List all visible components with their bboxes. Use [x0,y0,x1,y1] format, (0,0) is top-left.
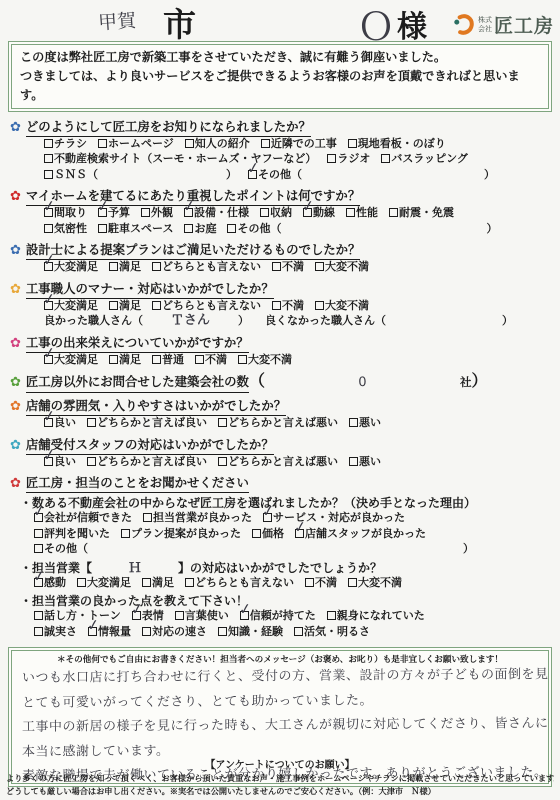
checkbox-option[interactable]: その他（） [34,542,474,558]
options-row: ✓感動大変満足満足どちらとも言えない不満大変不満 [34,576,554,592]
checkbox-unchecked[interactable] [261,139,270,148]
checkbox-checked[interactable]: ✓ [132,611,141,620]
option-label: 耐震・免震 [399,206,454,222]
checkbox-option[interactable]: ✓設備・仕様 [184,206,249,222]
option-label: プラン提案が良かった [131,527,241,543]
checkbox-option[interactable]: ✓信頼が持てた [240,609,316,625]
option-label: 誠実さ [44,625,77,641]
checkbox-unchecked[interactable] [389,208,398,217]
checkbox-option[interactable]: ✓大変満足 [44,353,98,369]
checkbox-unchecked[interactable] [260,208,269,217]
checkbox-option[interactable]: 担当営業が良かった [143,511,252,527]
company-logo: 株式会社 匠工房 [452,11,554,38]
write-in-sales-rep-name[interactable]: Ｈ [95,561,175,575]
checkbox-checked[interactable]: ✓ [44,355,53,364]
footer-line-2: どうしても厳しい場合はお申し出ください。※実名では公開いたしませんのでご安心くだ… [6,786,554,798]
checkbox-option[interactable]: 対応の速さ [142,625,207,641]
flower-icon: ✿ [10,188,21,204]
handwritten-city: 甲賀 [97,6,137,36]
paren: ） [486,222,497,238]
checkbox-unchecked[interactable] [238,355,247,364]
checkbox-unchecked[interactable] [175,611,184,620]
paren: ） [226,168,237,184]
checkbox-option[interactable]: 不満 [305,576,337,592]
option-label: どちらかと言えば良い [97,416,207,432]
option-label: 悪い [359,455,381,471]
checkbox-unchecked[interactable] [44,224,53,233]
checkbox-unchecked[interactable] [121,529,130,538]
option-label: 設備・仕様 [194,206,249,222]
option-label: 親身になれていた [337,609,425,625]
check-mark: ✓ [42,198,57,215]
option-label: 不満 [205,353,227,369]
checkbox-option[interactable]: 話し方・トーン [34,609,121,625]
option-label: 悪い [359,416,381,432]
option-label: 話し方・トーン [44,609,121,625]
checkbox-unchecked[interactable] [34,611,43,620]
option-label: 店舗スタッフが良かった [305,527,426,543]
checkbox-option[interactable]: ✓予算 [98,206,130,222]
write-in-blank[interactable] [386,323,502,325]
flower-icon: ✿ [10,119,21,135]
option-label: 満足 [119,260,141,276]
checkbox-option[interactable]: 悪い [349,455,381,471]
options-row: ＳＮＳ（）✓その他（） [44,168,554,184]
question-priorities: ✿ マイホームを建てるにあたり重視したポイントは何ですか？ ✓間取り✓予算外観✓… [8,188,554,237]
check-mark: ✓ [42,252,57,269]
option-label: 大変満足 [54,260,98,276]
checkbox-option[interactable]: 大変不満 [315,299,369,315]
checkbox-checked[interactable]: ✓ [263,513,272,522]
checkbox-checked[interactable]: ✓ [184,208,193,217]
checkbox-option[interactable]: 親身になれていた [327,609,425,625]
checkbox-unchecked[interactable] [381,154,390,163]
checkbox-option[interactable]: 大変不満 [238,353,292,369]
option-label: 大変満足 [54,299,98,315]
question-reception-staff: ✿ 店舗受付スタッフの対応はいかがでしたか？ ✓良いどちらかと言えば良いどちらか… [8,437,554,471]
check-mark: ✓ [238,601,253,618]
checkbox-unchecked[interactable] [184,224,193,233]
checkbox-option[interactable]: ✓サービス・対応が良かった [263,511,405,527]
checkbox-option[interactable]: ✓表情 [132,609,164,625]
option-label: その他 [237,222,270,238]
options-row: その他（） [34,542,554,558]
option-label: 大変不満 [325,260,369,276]
checkbox-unchecked[interactable] [346,208,355,217]
checkbox-unchecked[interactable] [109,262,118,271]
checkbox-option[interactable]: 悪い [349,416,381,432]
option-label: その他 [44,542,77,558]
check-mark: ✓ [32,568,47,585]
options-row: 不動産検索サイト（スーモ・ホームズ・ヤフーなど）ラジオバスラッピング [44,152,554,168]
checkbox-unchecked[interactable] [305,578,314,587]
flower-icon: ✿ [10,281,21,297]
checkbox-option[interactable]: ✓大変満足 [44,260,98,276]
checkbox-unchecked[interactable] [315,262,324,271]
checkbox-unchecked[interactable] [315,301,324,310]
sub-question-why-chosen: ・数ある不動産会社の中からなぜ匠工房を選ばれましたか？（決め手となった理由） ✓… [8,495,554,558]
options-row: チラシホームページ知人の紹介近隣での工事現地看板・のぼり [44,137,554,153]
option-label: 間取り [54,206,87,222]
options-row: ✓大変満足満足どちらとも言えない不満大変不満 [44,260,554,276]
checkbox-option[interactable]: 大変不満 [348,576,402,592]
checkbox-option[interactable]: どちらとも言えない [152,260,261,276]
checkbox-option[interactable]: 不満 [272,260,304,276]
paren: ） [238,314,249,330]
question-title: 工事の出来栄えについていかがですか？ [26,335,249,353]
check-mark: ✓ [42,408,57,425]
checkbox-unchecked[interactable] [109,355,118,364]
checkbox-option[interactable]: どちらかと言えば良い [87,416,207,432]
question-about-company: ✿ 匠工房・担当のことをお聞かせください ・数ある不動産会社の中からなぜ匠工房を… [8,475,554,640]
checkbox-checked[interactable]: ✓ [98,208,107,217]
checkbox-unchecked[interactable] [327,611,336,620]
option-label: 知識・経験 [228,625,283,641]
checkbox-option[interactable]: ✓良い [44,455,76,471]
checkbox-unchecked[interactable] [77,578,86,587]
checkbox-unchecked[interactable] [109,301,118,310]
question-title: 匠工房以外にお問合せした建築会社の数 [26,373,249,393]
write-in-blank[interactable] [88,549,463,556]
question-title: 工事職人のマナー・対応はいかがでしたか？ [26,281,274,299]
option-label: 大変不満 [248,353,292,369]
checkbox-unchecked[interactable] [152,355,161,364]
footer-title: 【アンケートについてのお願い】 [6,759,554,773]
sub-question-title-post: 】の対応はいかがでしたでしょうか？ [178,561,382,575]
question-title: 店舗の雰囲気・入りやすさはいかがでしたか？ [26,398,286,416]
checkbox-option[interactable]: ホームページ [98,137,174,153]
checkbox-option[interactable]: バスラッピング [381,152,468,168]
checkbox-unchecked[interactable] [252,529,261,538]
checkbox-unchecked[interactable] [34,529,43,538]
checkbox-option[interactable]: ✓感動 [34,576,66,592]
checkbox-unchecked[interactable] [34,544,43,553]
checkbox-option[interactable]: 外観 [141,206,173,222]
checkbox-checked[interactable]: ✓ [240,611,249,620]
checkbox-checked[interactable]: ✓ [34,578,43,587]
checkbox-unchecked[interactable] [272,301,281,310]
city-suffix: 市 [163,0,196,46]
flower-icon: ✿ [10,335,21,351]
checkbox-option[interactable]: ✓その他（） [248,168,495,184]
checkbox-checked[interactable]: ✓ [44,418,53,427]
option-label: 担当営業が良かった [153,511,252,527]
checkbox-unchecked[interactable] [218,418,227,427]
checkbox-option[interactable]: 大変不満 [315,260,369,276]
checkbox-unchecked[interactable] [98,224,107,233]
checkbox-unchecked[interactable] [152,301,161,310]
option-label: 信頼が持てた [250,609,316,625]
checkbox-unchecked[interactable] [195,355,204,364]
options-row: 気密性駐車スペースお庭その他（） [44,222,554,238]
write-in-blank[interactable] [281,230,486,234]
checkbox-checked[interactable]: ✓ [44,457,53,466]
question-craftsman-manner: ✿ 工事職人のマナー・対応はいかがでしたか？ ✓大変満足満足どちらとも言えない不… [8,281,554,330]
question-other-companies: ✿ 匠工房以外にお問合せした建築会社の数 （ 0 社 ） [8,373,554,393]
checkbox-unchecked[interactable] [294,627,303,636]
check-mark: ✓ [293,519,308,536]
checkbox-option[interactable]: 満足 [142,576,174,592]
paren: ） [463,542,474,558]
checkbox-checked[interactable]: ✓ [34,513,43,522]
options-row: ✓良いどちらかと言えば良いどちらかと言えば悪い悪い [44,455,554,471]
checkbox-unchecked[interactable] [218,627,227,636]
checkbox-option[interactable]: 満足 [109,260,141,276]
checkbox-unchecked[interactable] [185,578,194,587]
write-in-blank[interactable]: Ｔさん [143,313,238,328]
write-in-field: 良くなかった職人さん（） [265,314,513,330]
option-label: バスラッピング [391,152,468,168]
option-label: 現地看板・のぼり [358,137,446,153]
checkbox-option[interactable]: その他（） [227,222,497,238]
field-label: 良くなかった職人さん [265,314,375,330]
sub-question-title: ・担当営業の良かった点を教えて下さい！ [8,593,554,609]
option-label: 満足 [119,299,141,315]
checkbox-unchecked[interactable] [142,578,151,587]
check-mark: ✓ [182,198,197,215]
paren: ） [484,168,495,184]
option-label: 外観 [151,206,173,222]
option-label: どちらかと言えば良い [97,455,207,471]
name-suffix: 様 [397,2,427,46]
option-label: どちらとも言えない [195,576,294,592]
checkbox-unchecked[interactable] [44,139,53,148]
checkbox-option[interactable]: ✓動線 [303,206,335,222]
option-label: 満足 [119,353,141,369]
option-label: 価格 [262,527,284,543]
greeting-line-2: つきましては、より良いサービスをご提供できるようお客様のお声を頂戴できればと思い… [20,67,540,105]
checkbox-option[interactable]: ✓店舗スタッフが良かった [295,527,426,543]
checkbox-option[interactable]: 知識・経験 [218,625,283,641]
option-label: 大変不満 [325,299,369,315]
checkbox-option[interactable]: 活気・明るさ [294,625,370,641]
option-label: どちらとも言えない [162,299,261,315]
unit-suffix: 社 [460,374,472,392]
checkbox-option[interactable]: 知人の紹介 [185,137,250,153]
checkbox-unchecked[interactable] [143,513,152,522]
option-label: 大変満足 [87,576,131,592]
company-name: 匠工房 [494,11,554,38]
checkbox-unchecked[interactable] [327,154,336,163]
checkbox-option[interactable]: どちらかと言えば良い [87,455,207,471]
sub-question-sales-rep: ・担当営業【 Ｈ 】の対応はいかがでしたでしょうか？ ✓感動大変満足満足どちらと… [8,560,554,592]
handwritten-customer-initial: Ｏ [357,0,395,51]
options-row: ✓大変満足満足どちらとも言えない不満大変不満 [44,299,554,315]
option-label: 知人の紹介 [195,137,250,153]
checkbox-option[interactable]: 性能 [346,206,378,222]
checkbox-unchecked[interactable] [44,154,53,163]
checkbox-option[interactable]: ＳＮＳ（） [44,168,237,184]
checkbox-unchecked[interactable] [349,457,358,466]
checkbox-checked[interactable]: ✓ [44,208,53,217]
option-label: 不満 [282,299,304,315]
option-label: どちらかと言えば悪い [228,416,338,432]
check-mark: ✓ [261,503,276,520]
option-label: 不動産検索サイト（スーモ・ホームズ・ヤフーなど） [54,152,316,168]
question-how-found: ✿ どのようにして匠工房をお知りになられましたか？ チラシホームページ知人の紹介… [8,119,554,184]
check-mark: ✓ [42,447,57,464]
checkbox-checked[interactable]: ✓ [44,262,53,271]
option-label: どちらかと言えば悪い [228,455,338,471]
option-label: 不満 [315,576,337,592]
checkbox-option[interactable]: ✓大変満足 [44,299,98,315]
checkbox-option[interactable]: ✓情報量 [88,625,131,641]
checkbox-unchecked[interactable] [218,457,227,466]
checkbox-checked[interactable]: ✓ [88,627,97,636]
survey-form: ✿ どのようにして匠工房をお知りになられましたか？ チラシホームページ知人の紹介… [0,112,560,641]
options-row: ✓大変満足満足普通不満大変不満 [44,353,554,369]
checkbox-unchecked[interactable] [185,139,194,148]
checkbox-option[interactable]: 耐震・免震 [389,206,454,222]
checkbox-option[interactable]: ✓間取り [44,206,87,222]
handwritten-comment-line: 工事中の新居の様子を見に行った時も、大工さんが親切に対応してくださり、皆さんには [22,712,538,740]
checkbox-unchecked[interactable] [87,418,96,427]
checkbox-option[interactable]: ✓良い [44,416,76,432]
checkbox-option[interactable]: 言葉使い [175,609,229,625]
checkbox-unchecked[interactable] [87,457,96,466]
checkbox-unchecked[interactable] [152,262,161,271]
checkbox-option[interactable]: どちらとも言えない [185,576,294,592]
option-label: 収納 [270,206,292,222]
checkbox-option[interactable]: 駐車スペース [98,222,173,238]
write-in-blank[interactable] [302,176,484,179]
paren: （ [249,373,265,391]
greeting-line-1: この度は弊社匠工房で新築工事をさせていただき、誠に有難う御座いました。 [20,48,540,67]
checkbox-option[interactable]: 不動産検索サイト（スーモ・ホームズ・ヤフーなど） [44,152,316,168]
paren: （ [87,168,98,184]
checkbox-unchecked[interactable] [348,139,357,148]
option-label: 満足 [152,576,174,592]
options-row: ✓間取り✓予算外観✓設備・仕様収納✓動線性能耐震・免震 [44,206,554,222]
checkbox-option[interactable]: 大変満足 [77,576,131,592]
option-label: 良い [54,416,76,432]
flower-icon: ✿ [10,475,21,491]
option-label: どちらとも言えない [162,260,261,276]
question-title: 店舗受付スタッフの対応はいかがでしたか？ [26,437,274,455]
checkbox-checked[interactable]: ✓ [303,208,312,217]
checkbox-unchecked[interactable] [348,578,357,587]
paren: ） [502,314,513,330]
checkbox-checked[interactable]: ✓ [44,301,53,310]
option-label: 性能 [356,206,378,222]
paren: （ [132,314,143,330]
option-label: チラシ [54,137,87,153]
option-label: 駐車スペース [108,222,173,238]
flower-icon: ✿ [10,437,21,453]
options-row: 誠実さ✓情報量対応の速さ知識・経験活気・明るさ [34,625,554,641]
option-label: 普通 [162,353,184,369]
checkbox-unchecked[interactable] [141,208,150,217]
checkbox-option[interactable]: 普通 [152,353,184,369]
sub-question-good-points: ・担当営業の良かった点を教えて下さい！ 話し方・トーン✓表情言葉使い✓信頼が持て… [8,593,554,640]
checkbox-option[interactable]: ✓会社が信頼できた [34,511,132,527]
checkbox-option[interactable]: 満足 [109,299,141,315]
write-in-blank[interactable]: 0 [265,375,460,391]
checkbox-option[interactable]: プラン提案が良かった [121,527,241,543]
paren: ） [471,373,487,391]
paren: （ [270,222,281,238]
option-label: 会社が信頼できた [44,511,132,527]
greeting-box: この度は弊社匠工房で新築工事をさせていただき、誠に有難う御座いました。 つきまし… [8,41,552,112]
footer-note: 【アンケートについてのお願い】 より多くの方に匠工房を知って頂くべく、お客様から… [6,759,554,798]
option-label: 対応の速さ [152,625,207,641]
write-in-row: 良かった職人さん（Ｔさん）良くなかった職人さん（） [44,314,554,330]
checkbox-option[interactable]: 価格 [252,527,284,543]
checkbox-option[interactable]: 近隣での工事 [261,137,337,153]
field-label: 良かった職人さん [44,314,132,330]
paren: （ [291,168,302,184]
checkbox-checked[interactable]: ✓ [295,529,304,538]
check-mark: ✓ [96,198,111,215]
check-mark: ✓ [301,198,316,215]
write-in-blank[interactable] [98,177,226,179]
check-mark: ✓ [86,617,101,634]
checkbox-option[interactable]: お庭 [184,222,216,238]
checkbox-option[interactable]: 不満 [195,353,227,369]
check-mark: ✓ [130,601,145,618]
checkbox-option[interactable]: チラシ [44,137,87,153]
question-shop-atmosphere: ✿ 店舗の雰囲気・入りやすさはいかがでしたか？ ✓良いどちらかと言えば良いどちら… [8,398,554,432]
checkbox-option[interactable]: 現地看板・のぼり [348,137,446,153]
option-label: ラジオ [337,152,370,168]
checkbox-unchecked[interactable] [44,170,53,179]
option-label: 情報量 [98,625,131,641]
checkbox-unchecked[interactable] [98,139,107,148]
checkbox-option[interactable]: 気密性 [44,222,87,238]
check-mark: ✓ [42,345,57,362]
option-label: 表情 [142,609,164,625]
option-label: ＳＮＳ [54,168,87,184]
checkbox-option[interactable]: 誠実さ [34,625,77,641]
option-label: 動線 [313,206,335,222]
checkbox-checked[interactable]: ✓ [248,170,257,179]
checkbox-unchecked[interactable] [349,418,358,427]
checkbox-option[interactable]: 不満 [272,299,304,315]
checkbox-unchecked[interactable] [34,627,43,636]
write-in-field: 良かった職人さん（Ｔさん） [44,314,249,330]
question-title: 設計士による提案プランはご満足いただけるものでしたか？ [26,242,361,260]
footer-line-1: より多くの方に匠工房を知って頂くべく、お客様から頂いた貴重なお声・施工事例をホー… [6,773,554,785]
checkbox-option[interactable]: 評判を聞いた [34,527,110,543]
option-label: 感動 [44,576,66,592]
checkbox-option[interactable]: 満足 [109,353,141,369]
question-plan-satisfaction: ✿ 設計士による提案プランはご満足いただけるものでしたか？ ✓大変満足満足どちら… [8,242,554,276]
question-title: 匠工房・担当のことをお聞かせください [26,475,249,493]
checkbox-unchecked[interactable] [142,627,151,636]
check-mark: ✓ [42,291,57,308]
checkbox-unchecked[interactable] [272,262,281,271]
check-mark: ✓ [246,160,261,177]
checkbox-option[interactable]: どちらかと言えば悪い [218,455,338,471]
option-label: 良い [54,455,76,471]
checkbox-option[interactable]: ラジオ [327,152,370,168]
option-label: 言葉使い [185,609,229,625]
checkbox-unchecked[interactable] [227,224,236,233]
takumi-kobo-logo-icon [452,13,475,36]
option-label: その他 [258,168,291,184]
company-prefix: 株式会社 [478,16,493,32]
checkbox-option[interactable]: どちらかと言えば悪い [218,416,338,432]
options-row: ✓良いどちらかと言えば良いどちらかと言えば悪い悪い [44,416,554,432]
options-row: 評判を聞いたプラン提案が良かった価格✓店舗スタッフが良かった [34,527,554,543]
form-header: 甲賀 市 Ｏ 様 株式会社 匠工房 [0,0,560,40]
question-workmanship: ✿ 工事の出来栄えについていかがですか？ ✓大変満足満足普通不満大変不満 [8,335,554,369]
option-label: 気密性 [54,222,87,238]
option-label: ホームページ [108,137,174,153]
checkbox-option[interactable]: 収納 [260,206,292,222]
flower-icon: ✿ [10,398,21,414]
option-label: 不満 [282,260,304,276]
